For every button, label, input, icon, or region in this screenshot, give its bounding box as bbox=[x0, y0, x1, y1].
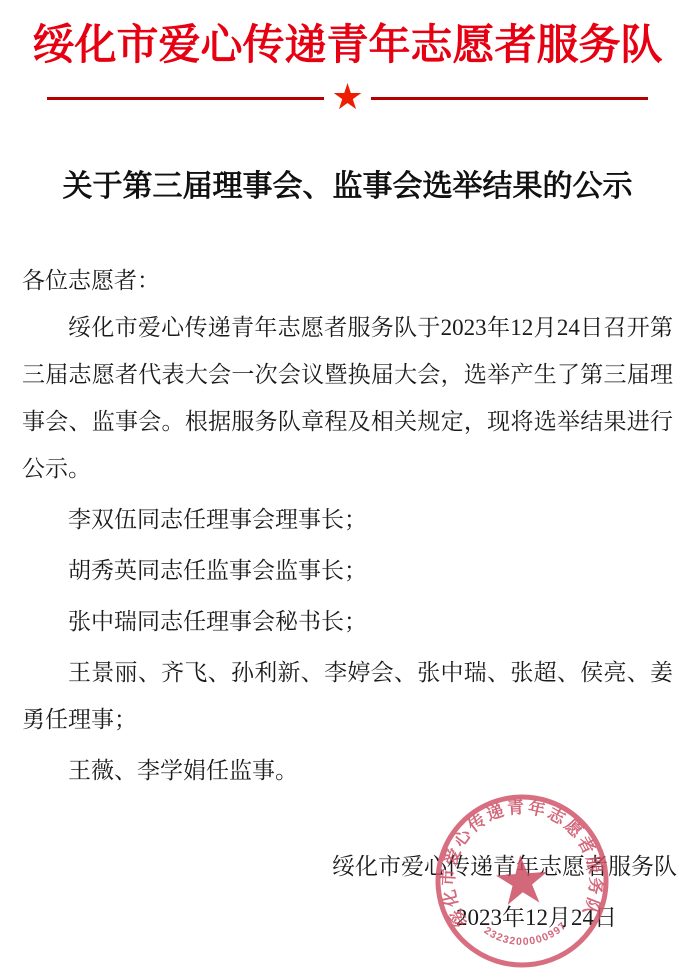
divider-line-left bbox=[47, 97, 324, 100]
org-title: 绥化市爱心传递青年志愿者服务队 bbox=[0, 16, 695, 77]
header-divider: ★ bbox=[47, 79, 648, 119]
official-seal: 绥化市爱心传递青年志愿者服务队 2323200000997 bbox=[426, 785, 618, 977]
divider-line-right bbox=[371, 97, 648, 100]
appointment-line-secretary: 张中瑞同志任理事会秘书长； bbox=[22, 598, 673, 645]
appointment-line-directors: 王景丽、齐飞、孙利新、李婷会、张中瑞、张超、侯亮、姜勇任理事； bbox=[22, 649, 673, 743]
seal-code: 2323200000997 bbox=[481, 919, 571, 951]
body-paragraph: 绥化市爱心传递青年志愿者服务队于2023年12月24日召开第三届志愿者代表大会一… bbox=[22, 304, 673, 492]
document-page: 绥化市爱心传递青年志愿者服务队 ★ 关于第三届理事会、监事会选举结果的公示 各位… bbox=[0, 0, 695, 979]
seal-star-icon bbox=[495, 853, 550, 905]
appointment-line-supervisor-chief: 胡秀英同志任监事会监事长； bbox=[22, 547, 673, 594]
letterhead: 绥化市爱心传递青年志愿者服务队 ★ bbox=[0, 16, 695, 119]
document-title: 关于第三届理事会、监事会选举结果的公示 bbox=[0, 161, 695, 205]
appointment-line-chairman: 李双伍同志任理事会理事长； bbox=[22, 496, 673, 543]
star-icon: ★ bbox=[331, 79, 363, 115]
salutation: 各位志愿者： bbox=[22, 257, 673, 304]
document-body: 各位志愿者： 绥化市爱心传递青年志愿者服务队于2023年12月24日召开第三届志… bbox=[22, 257, 673, 794]
